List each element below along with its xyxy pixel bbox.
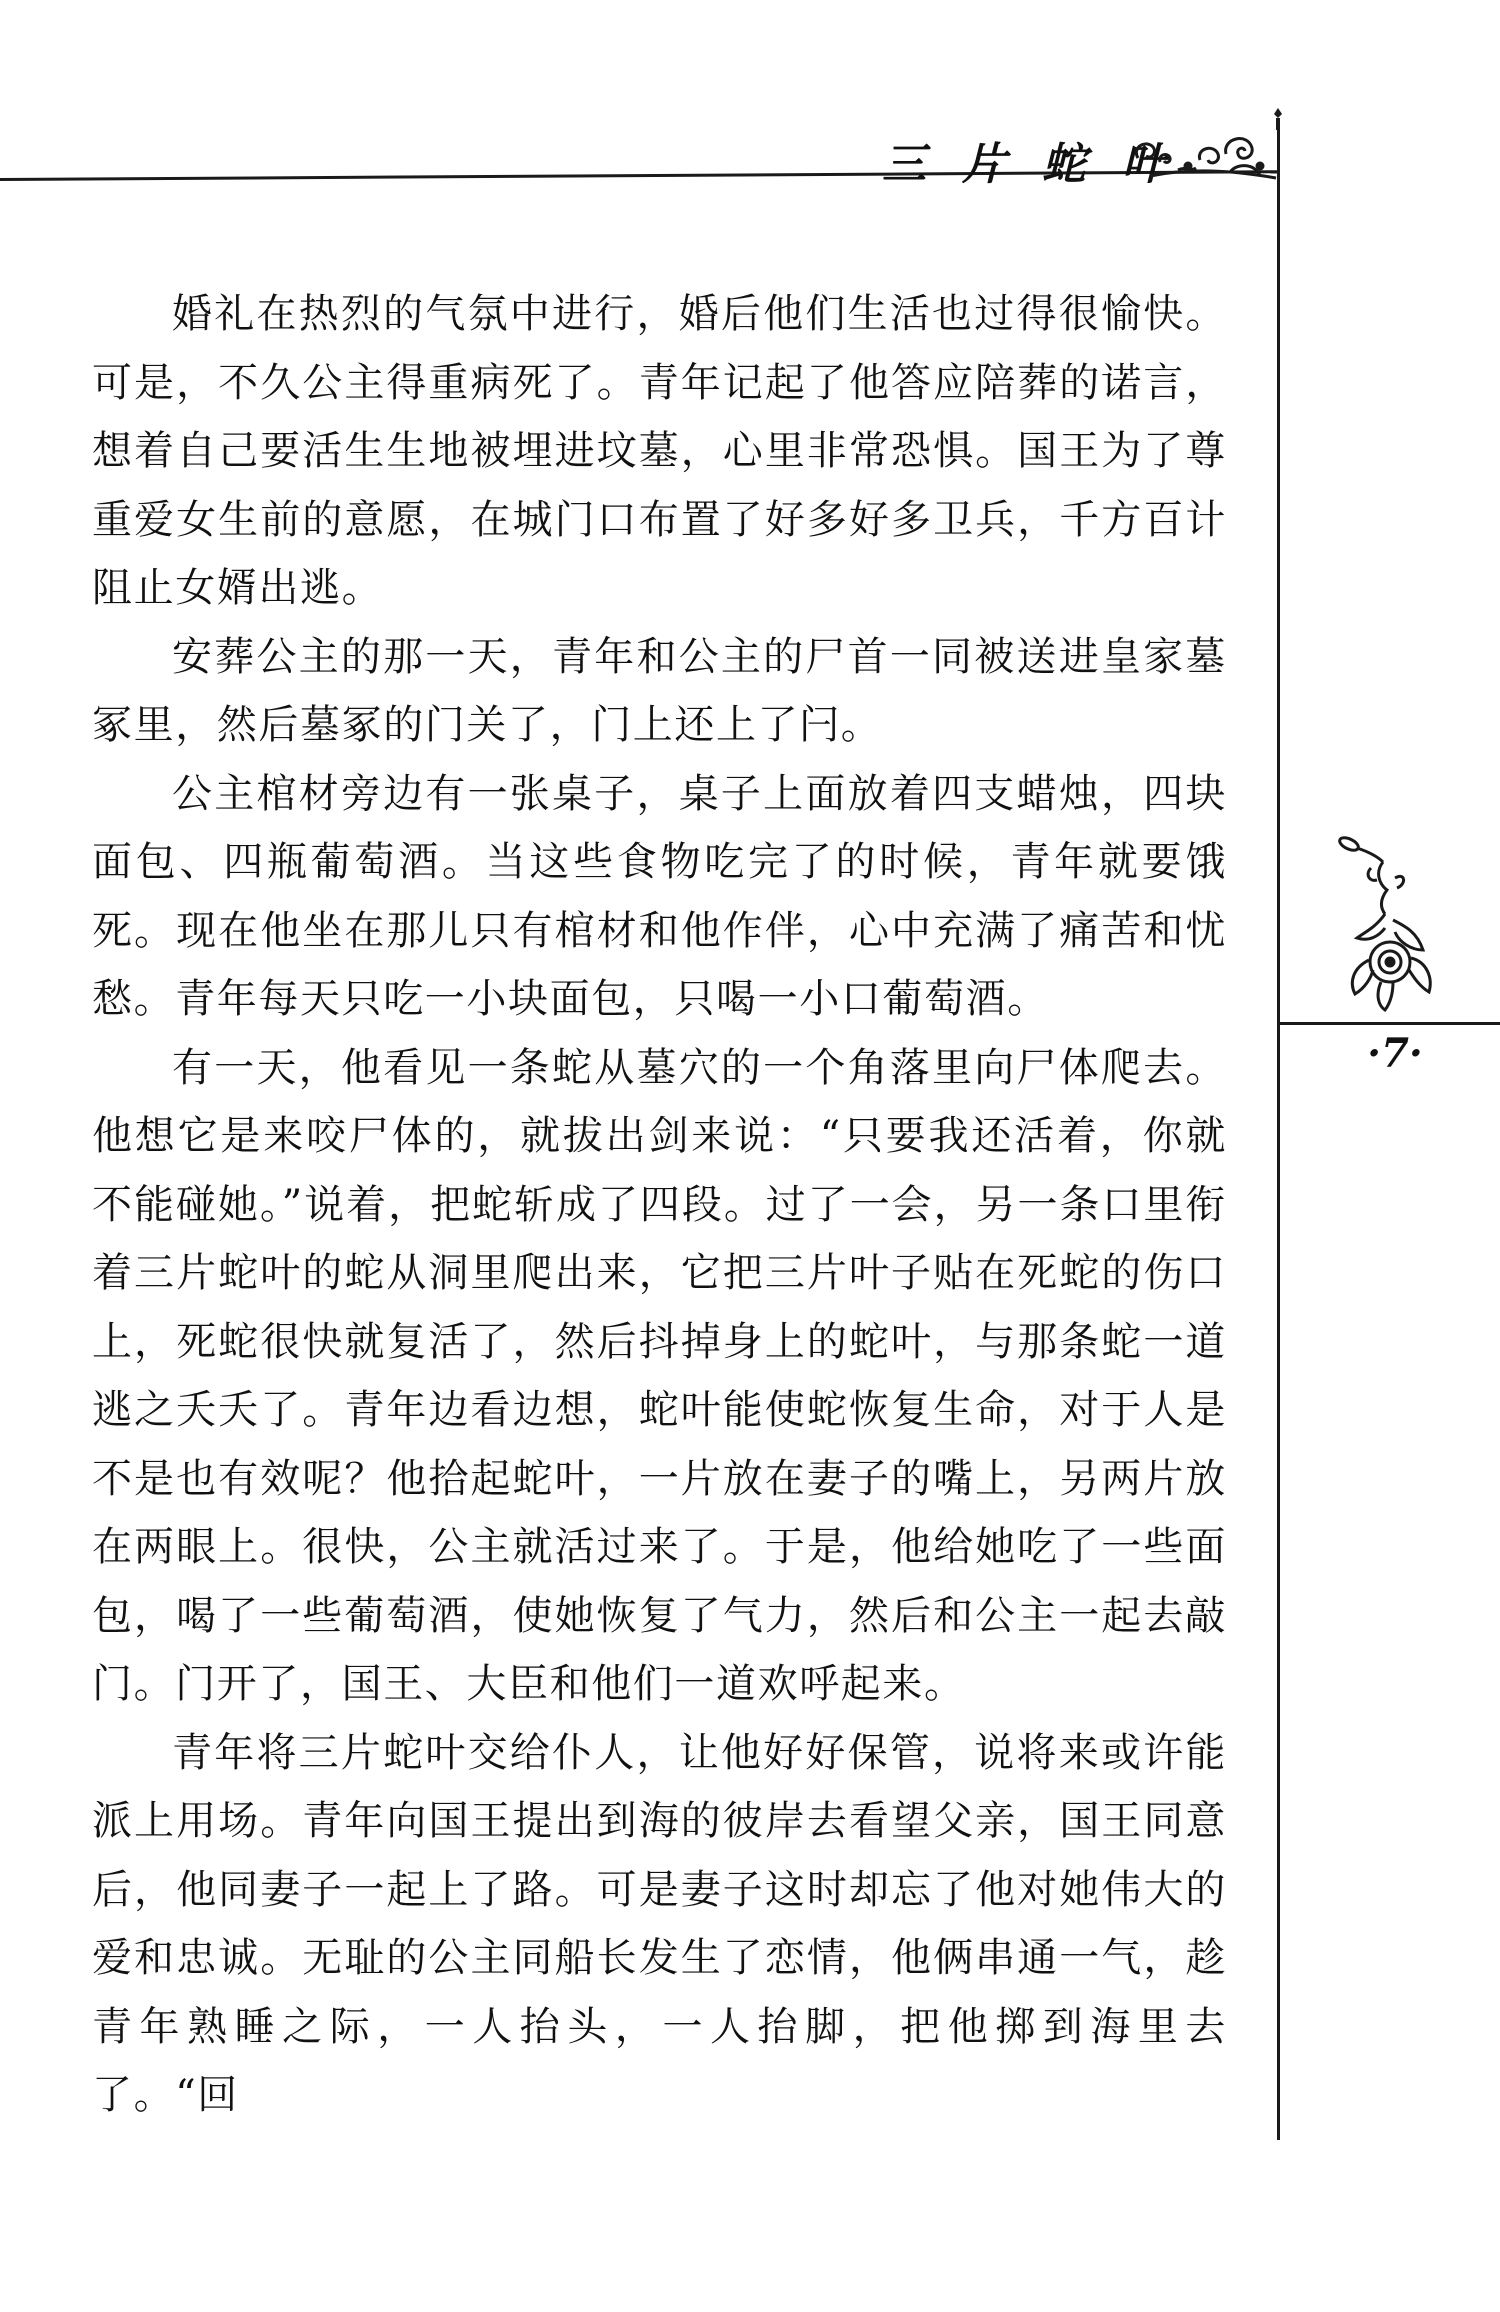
paragraph: 婚礼在热烈的气氛中进行，婚后他们生活也过得很愉快。可是，不久公主得重病死了。青年…: [92, 280, 1227, 623]
page-number: ·7·: [1340, 1030, 1450, 1077]
right-margin-rule: [1277, 120, 1280, 2140]
chapter-text: 婚礼在热烈的气氛中进行，婚后他们生活也过得很愉快。可是，不久公主得重病死了。青年…: [92, 280, 1227, 2130]
book-page: 三片蛇叶 婚礼在热烈的气氛中进行，婚后他们生活也过得很愉快。可是，不久公主得重病…: [0, 0, 1500, 2312]
margin-rule: [1278, 1022, 1500, 1025]
paragraph: 青年将三片蛇叶交给仆人，让他好好保管，说将来或许能派上用场。青年向国王提出到海的…: [92, 1719, 1227, 2130]
paragraph: 有一天，他看见一条蛇从墓穴的一个角落里向尸体爬去。他想它是来咬尸体的，就拔出剑来…: [92, 1034, 1227, 1719]
rose-flower-icon: [1335, 832, 1445, 1012]
paragraph: 公主棺材旁边有一张桌子，桌子上面放着四支蜡烛，四块面包、四瓶葡萄酒。当这些食物吃…: [92, 760, 1227, 1034]
scroll-ornament-icon: [1130, 120, 1278, 180]
paragraph: 安葬公主的那一天，青年和公主的尸首一同被送进皇家墓冢里，然后墓冢的门关了，门上还…: [92, 623, 1227, 760]
